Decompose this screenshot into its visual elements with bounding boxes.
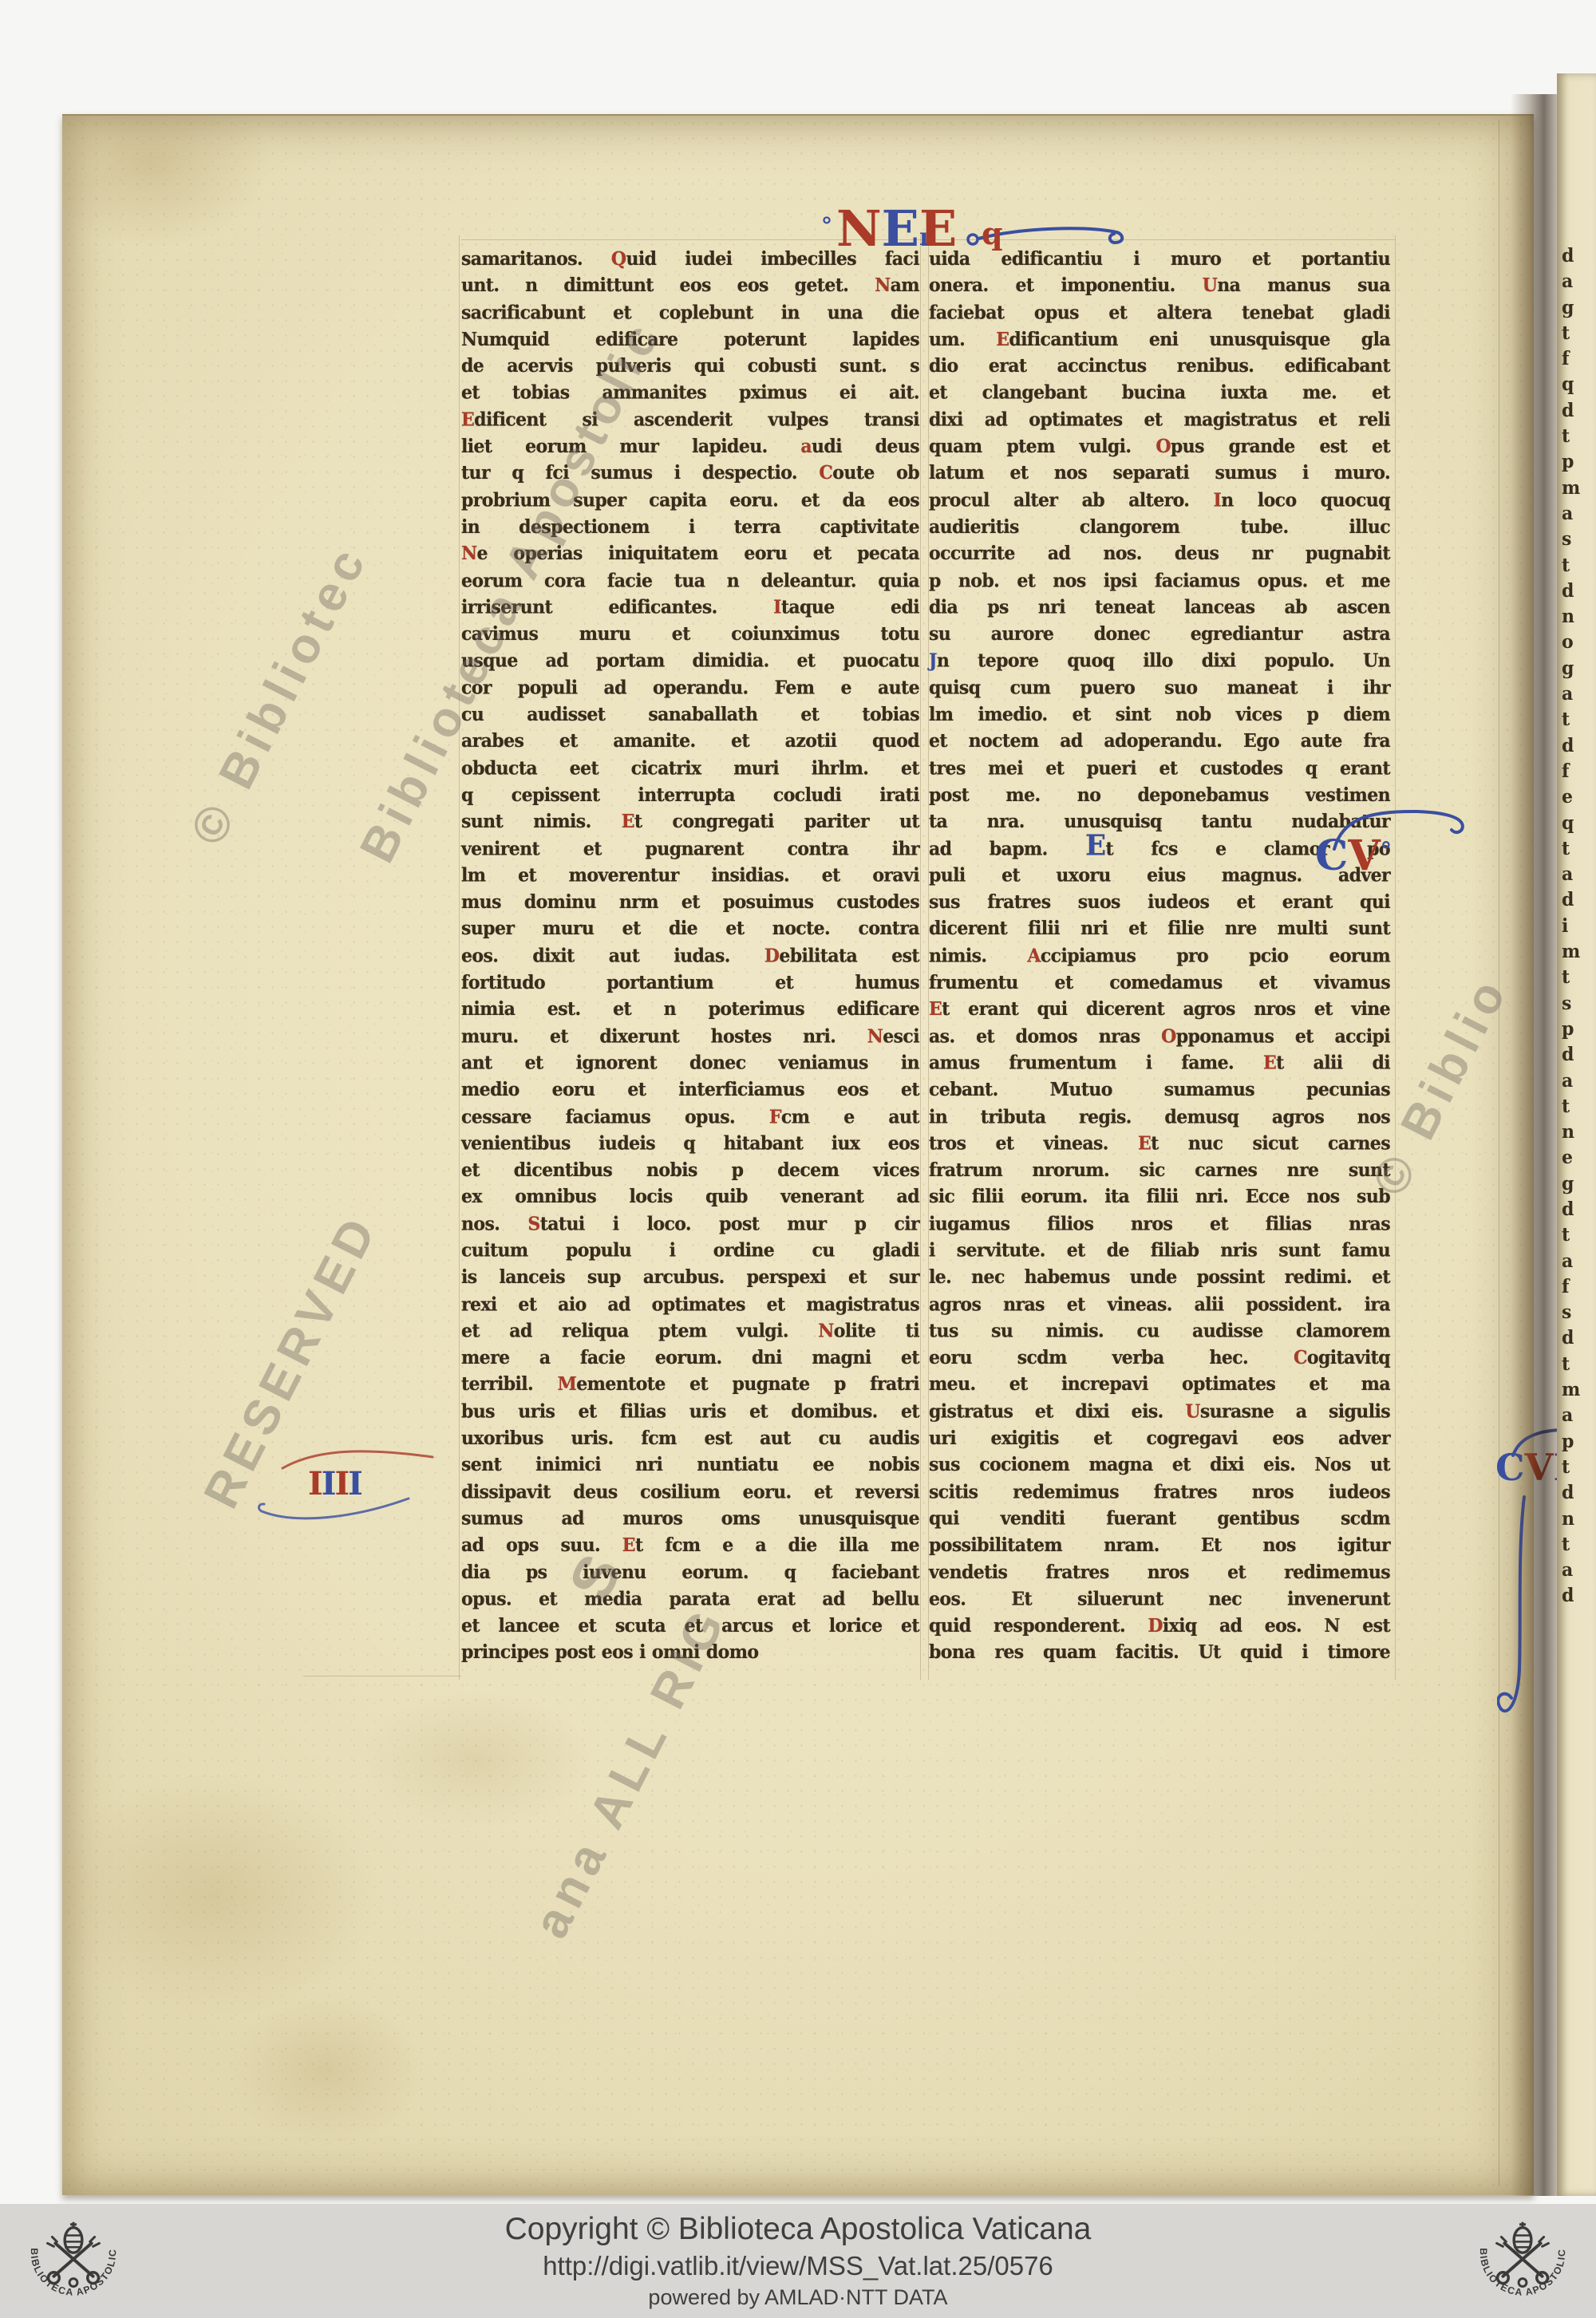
text-segment: cor populi ad operandu. Fem e aute (461, 677, 919, 699)
text-segment: eoru scdm verba hec. (929, 1347, 1294, 1368)
edge-letter: t (1562, 1353, 1595, 1380)
text-segment: et tobias ammanites pximus ei ait. (461, 382, 919, 404)
edge-letter: n (1562, 606, 1595, 634)
text-segment: na manus sua (1217, 275, 1390, 297)
text-segment: am (891, 275, 919, 297)
manuscript-line: cu audisset sanaballath et tobias (461, 701, 919, 729)
text-segment: uid iudei imbecilles faci (626, 248, 919, 270)
text-segment: dificent si ascenderit vulpes transi (474, 409, 919, 431)
text-segment: cm e aut (781, 1106, 919, 1127)
edge-letter: t (1562, 1456, 1595, 1483)
rubricated-initial: O (1156, 436, 1171, 457)
edge-letter: t (1562, 1096, 1595, 1123)
edge-letter: d (1562, 1198, 1595, 1226)
edge-letter: i (1562, 915, 1595, 942)
text-segment: dissipavit deus cosilium eoru. et revers… (461, 1481, 919, 1503)
edge-letter: g (1562, 1173, 1595, 1200)
edge-letter: d (1562, 1585, 1595, 1612)
manuscript-line: et lancee et scuta et arcus et lorice et (461, 1613, 919, 1640)
manuscript-line: cebant. Mutuo sumamus pecunias (929, 1076, 1390, 1104)
text-segment: p nob. et nos ipsi faciamus opus. et me (929, 570, 1390, 591)
footer-text: Copyright © Biblioteca Apostolica Vatica… (505, 2212, 1092, 2310)
manuscript-line: Numquid edificare poterunt lapides (461, 326, 919, 353)
text-segment: bus uris et filias uris et domibus. et (461, 1400, 919, 1422)
text-segment: muru. et dixerunt hostes nri. (461, 1025, 867, 1047)
text-segment: eos. Et siluerunt nec invenerunt (929, 1589, 1390, 1610)
edge-letter: d (1562, 246, 1595, 272)
edge-letter: m (1562, 941, 1595, 968)
text-segment: tur q fci sumus i despectio. (461, 463, 819, 484)
text-segment: ebilitata est (779, 945, 919, 966)
manuscript-line: super muru et die et nocte. contra (461, 916, 919, 943)
text-segment: cessare faciamus opus. (461, 1106, 769, 1127)
text-segment: le. nec habemus unde possint redimi. et (929, 1266, 1390, 1288)
text-segment: dia ps nri teneat lanceas ab ascen (929, 597, 1390, 618)
next-folio-edge-text: dagtfqdtpmastdnogatdfeqtadimtspdatnegdta… (1562, 246, 1595, 1612)
text-segment: eorum cora facie tua n deleantur. quia (461, 570, 919, 591)
text-segment: ant et ignorent donec veniamus in (461, 1052, 919, 1074)
edge-letter: s (1562, 993, 1595, 1020)
text-segment: venirent et pugnarent contra ihr (461, 838, 919, 859)
rubricated-initial: I (773, 597, 781, 618)
text-segment: sus fratres suos iudeos et erant qui (929, 891, 1390, 913)
edge-letter: d (1562, 1328, 1595, 1355)
manuscript-line: mere a facie eorum. dni magni et (461, 1345, 919, 1372)
text-segment: sus cocionem magna et dixi eis. Nos ut (929, 1455, 1390, 1476)
edge-letter: a (1562, 1405, 1595, 1432)
edge-letter: p (1562, 1431, 1595, 1458)
manuscript-line: dia ps nri teneat lanceas ab ascen (929, 594, 1390, 622)
manuscript-line: possibilitatem nram. Et nos igitur (929, 1532, 1390, 1559)
text-segment: dicerent filii nri et filie nre multi su… (929, 918, 1390, 940)
manuscript-line: fratrum nrorum. sic carnes nre sunt (929, 1157, 1390, 1184)
manuscript-line: tres mei et pueri et custodes q erant (929, 755, 1390, 782)
edge-letter: t (1562, 425, 1595, 452)
page-crease (1499, 120, 1499, 2186)
edge-letter: a (1562, 271, 1595, 298)
text-segment: pponamus et accipi (1176, 1025, 1390, 1047)
manuscript-line: faciebat opus et altera tenebat gladi (929, 299, 1390, 326)
text-segment: amus frumentum i fame. (929, 1052, 1263, 1074)
text-segment: sic filii eorum. ita filii nri. Ecce nos… (929, 1187, 1390, 1208)
text-segment: arabes et amanite. et azotii quod (461, 731, 919, 752)
edge-letter: o (1562, 632, 1595, 659)
manuscript-line: qui venditi fuerant gentibus scdm (929, 1506, 1390, 1533)
manuscript-line: post me. no deponebamus vestimen (929, 782, 1390, 809)
edge-letter: d (1562, 735, 1595, 762)
edge-letter: g (1562, 297, 1595, 324)
rubricated-initial: E (461, 409, 474, 431)
ruling-line (303, 1676, 461, 1676)
text-segment: et clangebant bucina iuxta me. et (929, 382, 1390, 404)
manuscript-line: Edificent si ascenderit vulpes transi (461, 407, 919, 434)
rubricated-initial: C (1294, 1347, 1307, 1368)
manuscript-line: le. nec habemus unde possint redimi. et (929, 1264, 1390, 1291)
text-segment: super muru et die et nocte. contra (461, 918, 919, 940)
rubricated-initial: E (929, 999, 942, 1021)
text-segment: e operias iniquitatem eoru et pecata (477, 543, 919, 565)
text-segment: bona res quam facitis. Ut quid i timore (929, 1642, 1390, 1664)
manuscript-line: amus frumentum i fame. Et alii di (929, 1050, 1390, 1077)
edge-letter: p (1562, 1018, 1595, 1045)
text-segment: latum et nos separati sumus i muro. (929, 463, 1390, 484)
edge-letter: m (1562, 477, 1595, 504)
text-segment: pus grande est et (1171, 436, 1390, 457)
manuscript-line: quid responderent. Dixiq ad eos. N est (929, 1613, 1390, 1640)
manuscript-line: dio erat accinctus renibus. edificabant (929, 353, 1390, 380)
manuscript-line: procul alter ab altero. In loco quocuq (929, 487, 1390, 514)
text-segment: ta nra. unusquisq tantu nudabatur (929, 811, 1390, 832)
text-segment: tatui i loco. post mur p cir (540, 1213, 919, 1234)
manuscript-line: vendetis fratres nros et redimemus (929, 1559, 1390, 1586)
manuscript-line: quam ptem vulgi. Opus grande est et (929, 433, 1390, 460)
text-segment: unt. n dimittunt eos eos getet. (461, 275, 875, 297)
manuscript-line: et noctem ad adoperandu. Ego aute fra (929, 729, 1390, 756)
left-column: samaritanos. Quid iudei imbecilles faciu… (461, 246, 919, 1666)
rubricated-initial: A (1027, 945, 1040, 966)
manuscript-line: fortitudo portantium et humus (461, 969, 919, 997)
text-segment: surasne a sigulis (1200, 1400, 1390, 1422)
manuscript-line: as. et domos nras Opponamus et accipi (929, 1023, 1390, 1050)
manuscript-line: et ad reliqua ptem vulgi. Nolite ti (461, 1318, 919, 1345)
text-segment: venientibus iudeis q hitabant iux eos (461, 1133, 919, 1155)
text-segment: fortitudo portantium et humus (461, 972, 919, 993)
edge-letter: d (1562, 1044, 1595, 1072)
edge-letter: t (1562, 555, 1595, 582)
manuscript-line: terribil. Mementote et pugnate p fratri (461, 1372, 919, 1399)
chapter-mark-letter: C (1315, 831, 1348, 880)
text-segment: q cepissent interrupta cocludi irati (461, 784, 919, 806)
text-segment: scitis redemimus fratres nros iudeos (929, 1481, 1390, 1503)
manuscript-line: sent inimici nri nuntiatu ee nobis (461, 1451, 919, 1479)
rubricated-initial: M (558, 1374, 577, 1396)
text-segment: um. (929, 329, 996, 350)
text-segment: cebant. Mutuo sumamus pecunias (929, 1079, 1390, 1100)
footer-url: http://digi.vatlib.it/view/MSS_Vat.lat.2… (543, 2251, 1053, 2281)
manuscript-line: medio eoru et interficiamus eos et (461, 1076, 919, 1104)
edge-letter: t (1562, 1225, 1595, 1252)
text-segment: gistratus et dixi eis. (929, 1400, 1185, 1422)
footer-copyright: Copyright © Biblioteca Apostolica Vatica… (505, 2212, 1092, 2247)
rubricated-initial: Q (611, 248, 626, 270)
text-segment: et noctem ad adoperandu. Ego aute fra (929, 731, 1390, 752)
manuscript-line: sus cocionem magna et dixi eis. Nos ut (929, 1451, 1390, 1479)
pen-mark-blue: ı (919, 223, 928, 251)
text-segment: i servitute. et de filiab nris sunt famu (929, 1240, 1390, 1262)
chapter-mark-letter: I (322, 1465, 335, 1503)
text-segment: n tepore quoq illo dixi populo. Un (937, 650, 1390, 672)
manuscript-line: sunt nimis. Et congregati pariter ut (461, 808, 919, 835)
text-segment: occurrite ad nos. deus nr pugnabit (929, 543, 1390, 565)
edge-letter: p (1562, 452, 1595, 479)
text-segment: sunt nimis. (461, 811, 622, 832)
edge-letter: q (1562, 374, 1595, 401)
manuscript-line: quisq cum puero suo maneat i ihr (929, 674, 1390, 701)
edge-letter: f (1562, 1276, 1595, 1303)
text-segment: ixiq ad eos. N est (1163, 1615, 1390, 1637)
footer-band: Copyright © Biblioteca Apostolica Vatica… (0, 2204, 1596, 2318)
text-segment: ementote et pugnate p fratri (576, 1374, 919, 1396)
rubricated-initial: E (1085, 829, 1105, 863)
next-folio-edge: dagtfqdtpmastdnogatdfeqtadimtspdatnegdta… (1557, 73, 1596, 2196)
text-segment: et ad reliqua ptem vulgi. (461, 1321, 818, 1342)
edge-letter: e (1562, 1147, 1595, 1175)
text-segment: faciebat opus et altera tenebat gladi (929, 302, 1390, 323)
edge-letter: s (1562, 529, 1595, 556)
text-segment: sent inimici nri nuntiatu ee nobis (461, 1455, 919, 1476)
manuscript-line: et clangebant bucina iuxta me. et (929, 380, 1390, 407)
manuscript-line: in tributa regis. demusq agros nos (929, 1104, 1390, 1131)
manuscript-line: bus uris et filias uris et domibus. et (461, 1398, 919, 1425)
text-segment: irriserunt edificantes. (461, 597, 773, 618)
manuscript-line: sic filii eorum. ita filii nri. Ecce nos… (929, 1184, 1390, 1211)
digitized-manuscript-viewer: ° NEE ı q samaritanos. Quid iudei imbeci… (0, 0, 1596, 2318)
text-segment: de acervis pulveris qui cobusti sunt. s (461, 355, 919, 377)
edge-letter: d (1562, 1483, 1595, 1510)
manuscript-line: cor populi ad operandu. Fem e aute (461, 674, 919, 701)
ruling-line (459, 235, 460, 1680)
text-segment: t alii di (1276, 1052, 1390, 1074)
text-segment: liet eorum mur lapideu. (461, 436, 800, 457)
manuscript-line: dixi ad optimates et magistratus et reli (929, 407, 1390, 434)
manuscript-line: eoru scdm verba hec. Cogitavitq (929, 1345, 1390, 1372)
manuscript-line: tur q fci sumus i despectio. Coute ob (461, 460, 919, 488)
text-segment: nimis. (929, 945, 1027, 966)
manuscript-line: ad ops suu. Et fcm e a die illa me (461, 1532, 919, 1559)
text-segment: ogitavitq (1307, 1347, 1390, 1368)
rubricated-initial: U (1203, 275, 1218, 297)
edge-letter: n (1562, 1508, 1595, 1535)
edge-letter: t (1562, 838, 1595, 865)
manuscript-line: occurrite ad nos. deus nr pugnabit (929, 540, 1390, 567)
text-segment: uida edificantiu i muro et portantiu (929, 248, 1390, 270)
text-segment: lm imedio. et sint nob vices p diem (929, 704, 1390, 725)
text-segment: oute ob (832, 463, 919, 484)
manuscript-line: Ne operias iniquitatem eoru et pecata (461, 540, 919, 567)
rubricated-initial: E (622, 1534, 635, 1556)
manuscript-line: nimia est. et n poterimus edificare (461, 996, 919, 1023)
text-segment: fratrum nrorum. sic carnes nre sunt (929, 1159, 1390, 1181)
manuscript-line: Jn tepore quoq illo dixi populo. Un (929, 648, 1390, 675)
chapter-mark-letter: I (348, 1465, 361, 1503)
manuscript-line: obducta eet cicatrix muri ihrlm. et (461, 755, 919, 782)
text-segment: vendetis fratres nros et redimemus (929, 1562, 1390, 1583)
text-segment: procul alter ab altero. (929, 489, 1214, 511)
rubricated-initial: D (1148, 1615, 1162, 1637)
rubricated-initial: O (1161, 1025, 1176, 1047)
text-segment: esci (883, 1025, 919, 1047)
rubricated-initial: N (818, 1321, 834, 1342)
chapter-mark-4: IIII (308, 1465, 361, 1503)
text-segment: lm et moverentur insidias. et oravi (461, 865, 919, 887)
chapter-mark-5: CV° (1315, 831, 1392, 880)
rubricated-initial: E (1263, 1052, 1276, 1074)
text-segment: dixi ad optimates et magistratus et reli (929, 409, 1390, 431)
edge-letter: f (1562, 349, 1595, 376)
chapter-mark-letter: I (308, 1465, 322, 1503)
manuscript-line: meu. et increpavi optimates et ma (929, 1372, 1390, 1399)
text-segment: tus su nimis. cu audisse clamorem (929, 1321, 1390, 1342)
manuscript-line: usque ad portam dimidia. et puocatu (461, 648, 919, 675)
text-segment: udi deus (812, 436, 919, 457)
manuscript-line: nimis. Accipiamus pro pcio eorum (929, 942, 1390, 969)
manuscript-line: dia ps iuvenu eorum. q faciebant (461, 1559, 919, 1586)
text-segment: possibilitatem nram. Et nos igitur (929, 1534, 1390, 1556)
chapter-mark-letters: CV° (1315, 831, 1392, 880)
text-segment: probrium super capita eoru. et da eos (461, 489, 919, 511)
header-dot: ° (822, 212, 832, 239)
manuscript-line: frumentu et comedamus et vivamus (929, 969, 1390, 997)
manuscript-line: bona res quam facitis. Ut quid i timore (929, 1640, 1390, 1667)
manuscript-line: onera. et imponentiu. Una manus sua (929, 273, 1390, 300)
edge-letter: q (1562, 812, 1595, 839)
text-segment: in despectionem i terra captivitate (461, 516, 919, 538)
text-segment: meu. et increpavi optimates et ma (929, 1374, 1390, 1396)
edge-letter: n (1562, 1121, 1595, 1148)
text-segment: quam ptem vulgi. (929, 436, 1156, 457)
right-column: uida edificantiu i muro et portantiuoner… (929, 246, 1390, 1666)
binding-gutter-shadow (1511, 94, 1557, 2196)
edge-letter: a (1562, 1559, 1595, 1586)
manuscript-line: gistratus et dixi eis. Usurasne a siguli… (929, 1398, 1390, 1425)
manuscript-line: mus dominu nrm et posuimus custodes (461, 889, 919, 916)
manuscript-line: latum et nos separati sumus i muro. (929, 460, 1390, 488)
text-segment: dificantium eni unusquisque gla (1009, 329, 1390, 350)
manuscript-line: venirent et pugnarent contra ihr (461, 835, 919, 863)
manuscript-line: cessare faciamus opus. Fcm e aut (461, 1104, 919, 1131)
manuscript-line: sacrificabunt et coplebunt in una die (461, 299, 919, 326)
text-segment: sacrificabunt et coplebunt in una die (461, 302, 919, 323)
edge-letter: e (1562, 787, 1595, 814)
text-segment: uxoribus uris. fcm est aut cu audis (461, 1428, 919, 1449)
manuscript-line: arabes et amanite. et azotii quod (461, 729, 919, 756)
edge-letter: d (1562, 580, 1595, 607)
text-segment: iugamus filios nros et filias nras (929, 1213, 1390, 1234)
text-segment: nos. (461, 1213, 527, 1234)
text-segment: frumentu et comedamus et vivamus (929, 972, 1390, 993)
manuscript-line: tros et vineas. Et nuc sicut carnes (929, 1130, 1390, 1157)
manuscript-line: audieritis clangorem tube. illuc (929, 514, 1390, 541)
manuscript-line: et tobias ammanites pximus ei ait. (461, 380, 919, 407)
text-segment: ad bapm. (929, 838, 1085, 859)
text-segment: mus dominu nrm et posuimus custodes (461, 891, 919, 913)
rubricated-initial: N (875, 275, 891, 297)
rubricated-initial: E (622, 811, 634, 832)
text-segment: cuitum populu i ordine cu gladi (461, 1240, 919, 1262)
manuscript-line: uri exigitis et cogregavi eos adver (929, 1425, 1390, 1452)
edge-letter: t (1562, 967, 1595, 994)
edge-letter: t (1562, 1534, 1595, 1561)
text-segment: cu audisset sanaballath et tobias (461, 704, 919, 725)
text-segment: rexi et aio ad optimates et magistratus (461, 1293, 919, 1315)
rubricated-initial: J (929, 650, 937, 672)
manuscript-line: samaritanos. Quid iudei imbecilles faci (461, 246, 919, 273)
text-segment: dia ps iuvenu eorum. q faciebant (461, 1562, 919, 1583)
edge-letter: t (1562, 709, 1595, 736)
chapter-mark-letter: ° (1381, 837, 1392, 864)
manuscript-line: in despectionem i terra captivitate (461, 514, 919, 541)
text-segment: audieritis clangorem tube. illuc (929, 516, 1390, 538)
edge-letter: f (1562, 760, 1595, 788)
text-segment: nimia est. et n poterimus edificare (461, 999, 919, 1021)
manuscript-line: lm et moverentur insidias. et oravi (461, 863, 919, 890)
text-segment: in tributa regis. demusq agros nos (929, 1106, 1390, 1127)
rubricated-initial: E (996, 329, 1009, 350)
rubricated-initial: a (800, 436, 812, 457)
rubricated-initial: D (764, 945, 779, 966)
edge-letter: g (1562, 657, 1595, 685)
text-segment: eos. dixit aut iudas. (461, 945, 764, 966)
rubricated-initial: I (1214, 489, 1222, 511)
rubricated-initial: C (819, 463, 832, 484)
manuscript-line: dissipavit deus cosilium eoru. et revers… (461, 1479, 919, 1506)
manuscript-line: p nob. et nos ipsi faciamus opus. et me (929, 567, 1390, 594)
text-segment: ex omnibus locis quib venerant ad (461, 1187, 919, 1208)
manuscript-line: nos. Statui i loco. post mur p cir (461, 1210, 919, 1238)
manuscript-line: q cepissent interrupta cocludi irati (461, 782, 919, 809)
text-segment: t fcm e a die illa me (635, 1534, 919, 1556)
text-segment: opus. et media parata erat ad bellu (461, 1589, 919, 1610)
manuscript-line: muru. et dixerunt hostes nri. Nesci (461, 1023, 919, 1050)
text-segment: taque edi (781, 597, 919, 618)
edge-letter: a (1562, 863, 1595, 890)
manuscript-line: unt. n dimittunt eos eos getet. Nam (461, 273, 919, 300)
rubricated-initial: N (461, 543, 477, 565)
vatican-library-logo: BIBLIOTECA APOSTOLICA VATICANA (22, 2210, 124, 2312)
manuscript-line: eorum cora facie tua n deleantur. quia (461, 567, 919, 594)
ruling-line (920, 235, 921, 1680)
text-segment: qui venditi fuerant gentibus scdm (929, 1508, 1390, 1530)
edge-letter: a (1562, 1250, 1595, 1277)
edge-letter: s (1562, 1302, 1595, 1329)
rubricated-initial: F (769, 1106, 781, 1127)
rubricated-initial: S (527, 1213, 539, 1234)
manuscript-line: liet eorum mur lapideu. audi deus (461, 433, 919, 460)
chapter-mark-letter: V (1348, 831, 1380, 880)
manuscript-line: dicerent filii nri et filie nre multi su… (929, 916, 1390, 943)
text-segment: dio erat accinctus renibus. edificabant (929, 355, 1390, 377)
manuscript-line: tus su nimis. cu audisse clamorem (929, 1318, 1390, 1345)
manuscript-line: cuitum populu i ordine cu gladi (461, 1238, 919, 1265)
edge-letter: d (1562, 400, 1595, 427)
manuscript-line: uida edificantiu i muro et portantiu (929, 246, 1390, 273)
footer-powered-by: powered by AMLAD·NTT DATA (648, 2285, 947, 2310)
text-segment: t nuc sicut carnes (1151, 1133, 1390, 1155)
text-segment: post me. no deponebamus vestimen (929, 784, 1390, 806)
manuscript-line: ex omnibus locis quib venerant ad (461, 1184, 919, 1211)
manuscript-line: et dicentibus nobis p decem vices (461, 1157, 919, 1184)
text-segment: olite ti (834, 1321, 919, 1342)
text-segment: et lancee et scuta et arcus et lorice et (461, 1615, 919, 1637)
manuscript-line: um. Edificantium eni unusquisque gla (929, 326, 1390, 353)
manuscript-line: agros nras et vineas. alii possident. ir… (929, 1291, 1390, 1318)
rubricated-initial: E (1138, 1133, 1151, 1155)
text-segment: mere a facie eorum. dni magni et (461, 1347, 919, 1368)
vatican-library-logo: BIBLIOTECA APOSTOLICA VATICANA (1472, 2210, 1574, 2312)
rubricated-initial: N (867, 1025, 883, 1047)
manuscript-line: rexi et aio ad optimates et magistratus (461, 1291, 919, 1318)
text-segment: is lanceis sup arcubus. perspexi et sur (461, 1266, 919, 1288)
manuscript-line: ant et ignorent donec veniamus in (461, 1050, 919, 1077)
text-segment: agros nras et vineas. alii possident. ir… (929, 1293, 1390, 1315)
text-segment: onera. et imponentiu. (929, 275, 1203, 297)
chapter-mark-letter: I (334, 1465, 348, 1503)
text-segment: ad ops suu. (461, 1534, 622, 1556)
text-segment: t congregati pariter ut (634, 811, 919, 832)
text-segment: sumus ad muros oms unusquisque (461, 1508, 919, 1530)
manuscript-line: de acervis pulveris qui cobusti sunt. s (461, 353, 919, 380)
text-segment: uri exigitis et cogregavi eos adver (929, 1428, 1390, 1449)
